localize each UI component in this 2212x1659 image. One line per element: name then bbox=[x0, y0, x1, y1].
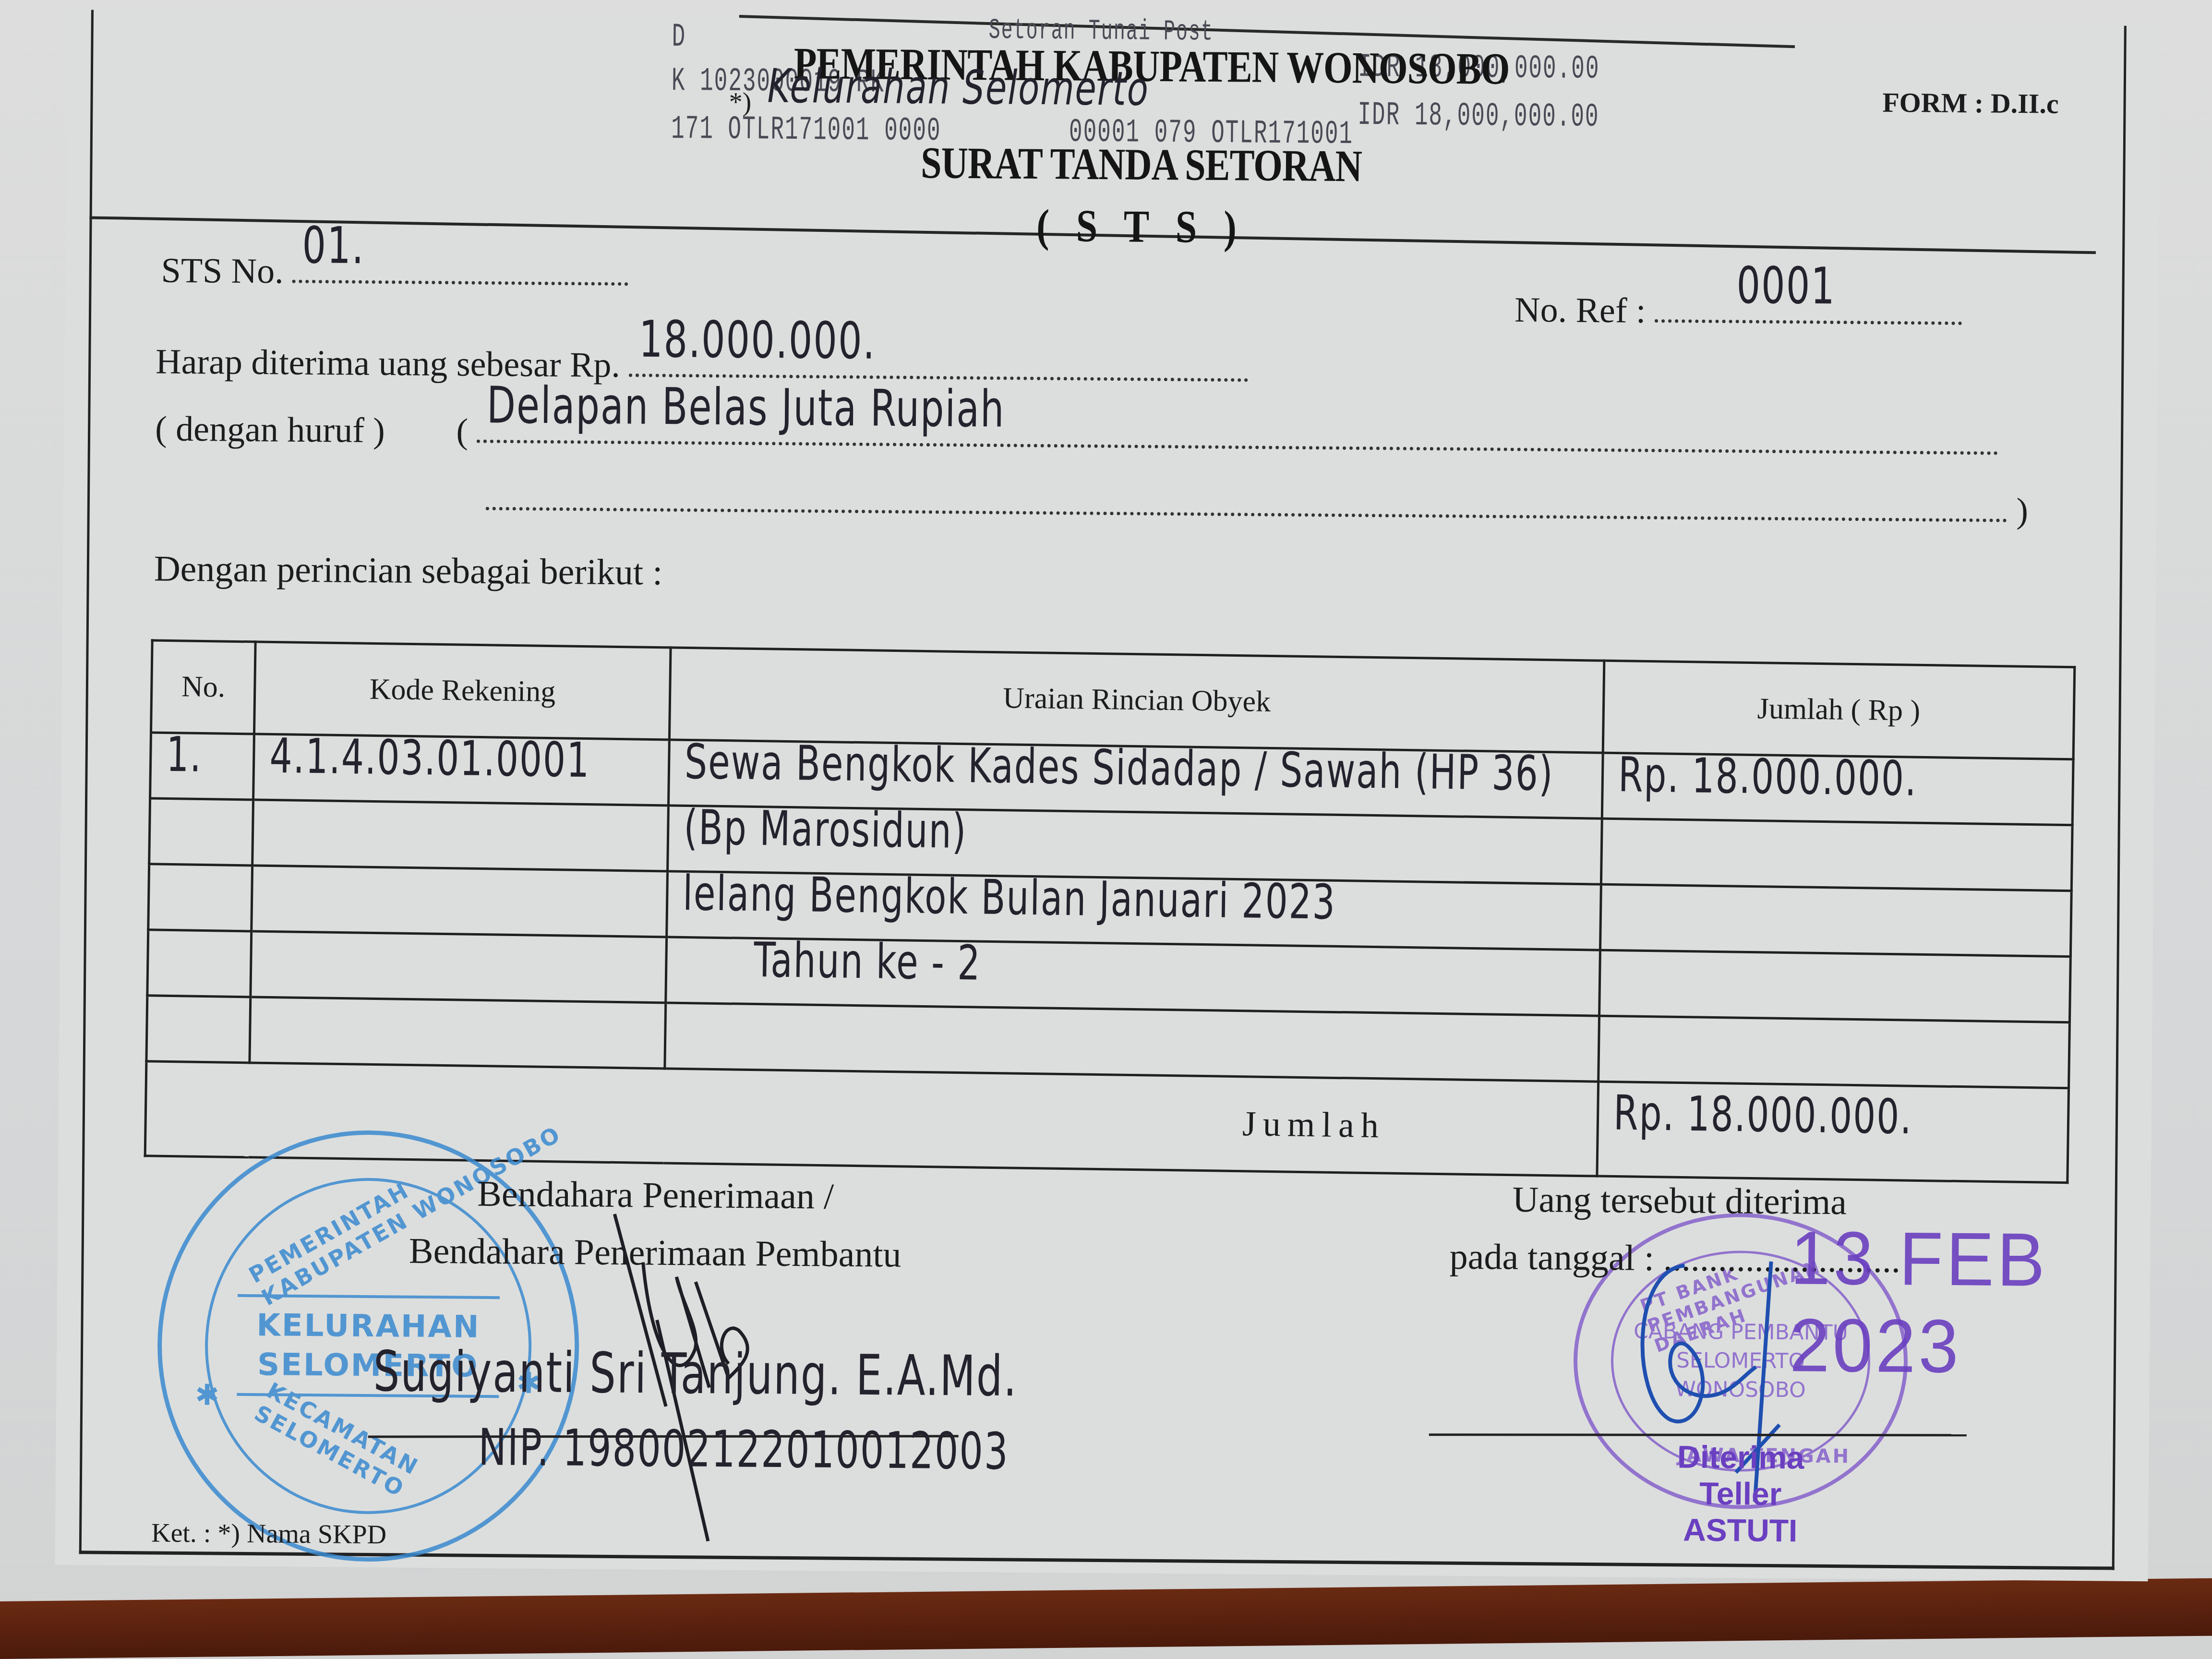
cell-kode bbox=[252, 800, 668, 871]
cell-uraian: Tahun ke - 2 bbox=[666, 914, 1600, 1016]
cell-no bbox=[149, 798, 253, 866]
skpd-marker: *) bbox=[729, 87, 751, 118]
footnote: Ket. : *) Nama SKPD bbox=[151, 1517, 386, 1550]
cell-uraian bbox=[665, 1003, 1599, 1082]
star-icon: ✱ bbox=[195, 1378, 219, 1412]
teller-line2: Teller bbox=[1640, 1475, 1842, 1513]
teller-line1: Diterima bbox=[1640, 1438, 1842, 1476]
rincian-table: No. Kode Rekening Uraian Rincian Obyek J… bbox=[144, 639, 2076, 1184]
receiver-signature-line bbox=[1429, 1433, 1967, 1436]
teller-stamp: Diterima Teller ASTUTI bbox=[1639, 1438, 1842, 1549]
treasurer-nip: NIP. 198002122010012003 bbox=[478, 1419, 1009, 1481]
amount-value: 18.000.000. bbox=[638, 311, 876, 371]
amount-words-close: ) bbox=[2016, 491, 2028, 530]
cell-kode bbox=[250, 997, 665, 1069]
no-ref-label: No. Ref : bbox=[1515, 290, 1646, 331]
cell-jumlah bbox=[1600, 884, 2072, 957]
print-overlay-amount-2: IDR 18,000,000.00 bbox=[1358, 96, 1599, 136]
sts-number-field: STS No. 01. bbox=[161, 251, 628, 295]
cell-kode: 4.1.4.03.01.0001 bbox=[253, 711, 670, 805]
teller-line3: ASTUTI bbox=[1639, 1511, 1841, 1549]
detail-section-label: Dengan perincian sebagai berikut : bbox=[154, 548, 663, 593]
treasurer-name: Sugiyanti Sri Tanjung. E.A.Md. bbox=[373, 1339, 1018, 1409]
amount-words-label: ( dengan huruf ) bbox=[155, 409, 385, 450]
cell-kode bbox=[252, 866, 667, 937]
cell-no: 1. bbox=[150, 709, 255, 800]
cell-jumlah: Rp. 18.000.000. bbox=[1602, 730, 2073, 825]
cell-no bbox=[148, 864, 252, 931]
amount-words-value: Delapan Belas Juta Rupiah bbox=[486, 376, 1005, 439]
cell-jumlah bbox=[1599, 950, 2071, 1022]
amount-words-open: ( bbox=[456, 411, 468, 451]
total-value: Rp. 18.000.000. bbox=[1597, 1048, 2069, 1183]
cell-kode bbox=[251, 931, 666, 1003]
no-ref-field: No. Ref : 0001 bbox=[1515, 290, 1962, 334]
cell-no bbox=[146, 996, 251, 1063]
sts-number-label: STS No. bbox=[161, 251, 284, 291]
skpd-name-handwritten: Kelurahan Selomerto bbox=[767, 59, 1149, 116]
sts-number-value: 01. bbox=[302, 216, 365, 276]
cell-jumlah bbox=[1601, 818, 2072, 891]
sts-form-sheet: Setoran Tunai Post D K 1023000019 RK IDR… bbox=[55, 10, 2160, 1581]
cell-no bbox=[147, 930, 252, 997]
form-code: FORM : D.II.c bbox=[1882, 86, 2059, 120]
no-ref-value: 0001 bbox=[1736, 257, 1836, 316]
bank-date-stamp: 13 FEB 2023 bbox=[1790, 1214, 2151, 1392]
